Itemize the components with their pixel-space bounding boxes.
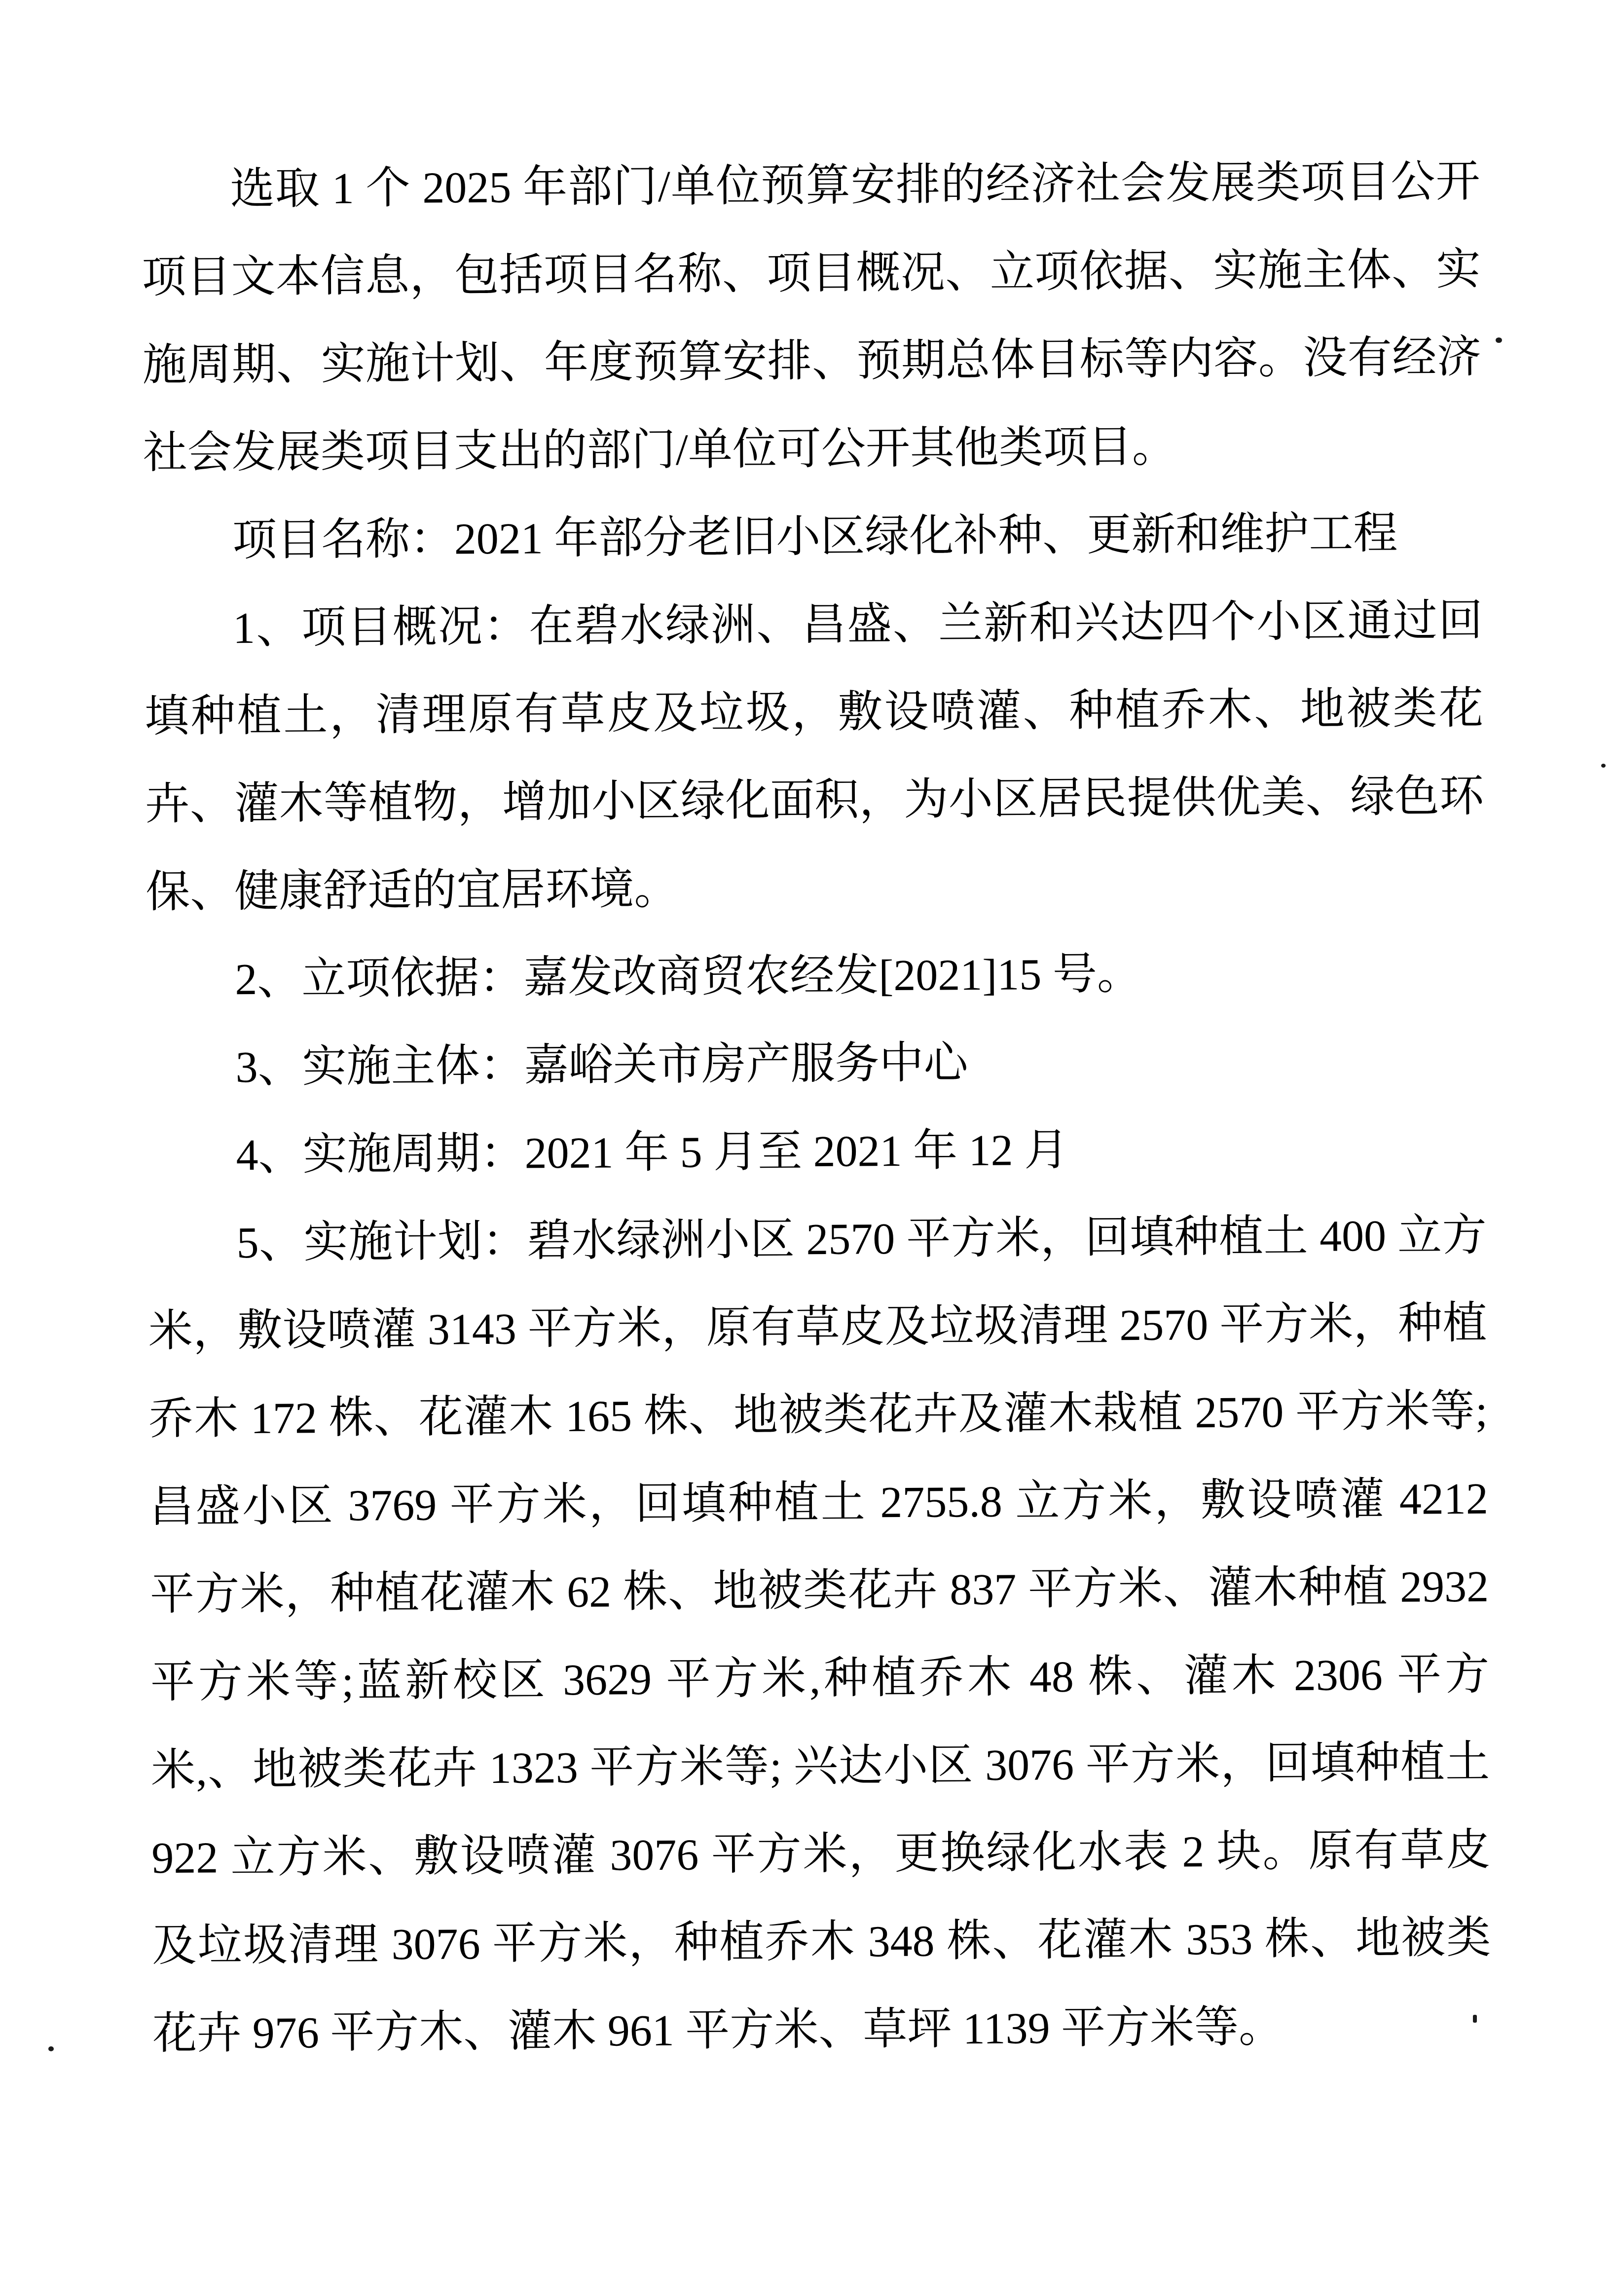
paragraph-project-name: 项目名称：2021 年部分老旧小区绿化补种、更新和维护工程 bbox=[143, 489, 1482, 586]
paragraph-item-1-overview: 1、项目概况：在碧水绿洲、昌盛、兰新和兴达四个小区通过回填种植土，清理原有草皮及… bbox=[144, 577, 1485, 937]
scan-artifact-dot bbox=[1473, 2015, 1477, 2023]
paragraph-item-3-implementer: 3、实施主体：嘉峪关市房产服务中心 bbox=[147, 1016, 1486, 1112]
scanned-document-page: { "page": { "background_color": "#ffffff… bbox=[0, 0, 1614, 2296]
paragraph-item-5-plan: 5、实施计划：碧水绿洲小区 2570 平方米，回填种植土 400 立方米，敷设喷… bbox=[147, 1192, 1492, 2078]
scan-artifact-dot bbox=[48, 2046, 54, 2051]
paragraph-item-2-basis: 2、立项依据：嘉发改商贸农经发[2021]15 号。 bbox=[146, 928, 1485, 1025]
paragraph-intro: 选取 1 个 2025 年部门/单位预算安排的经济社会发展类项目公开项目文本信息… bbox=[141, 138, 1482, 498]
paragraph-item-4-period: 4、实施周期：2021 年 5 月至 2021 年 12 月 bbox=[147, 1104, 1486, 1200]
scan-artifact-dot bbox=[1601, 764, 1606, 768]
document-text-block: 选取 1 个 2025 年部门/单位预算安排的经济社会发展类项目公开项目文本信息… bbox=[141, 138, 1492, 2078]
scan-artifact-dot bbox=[1496, 337, 1502, 343]
